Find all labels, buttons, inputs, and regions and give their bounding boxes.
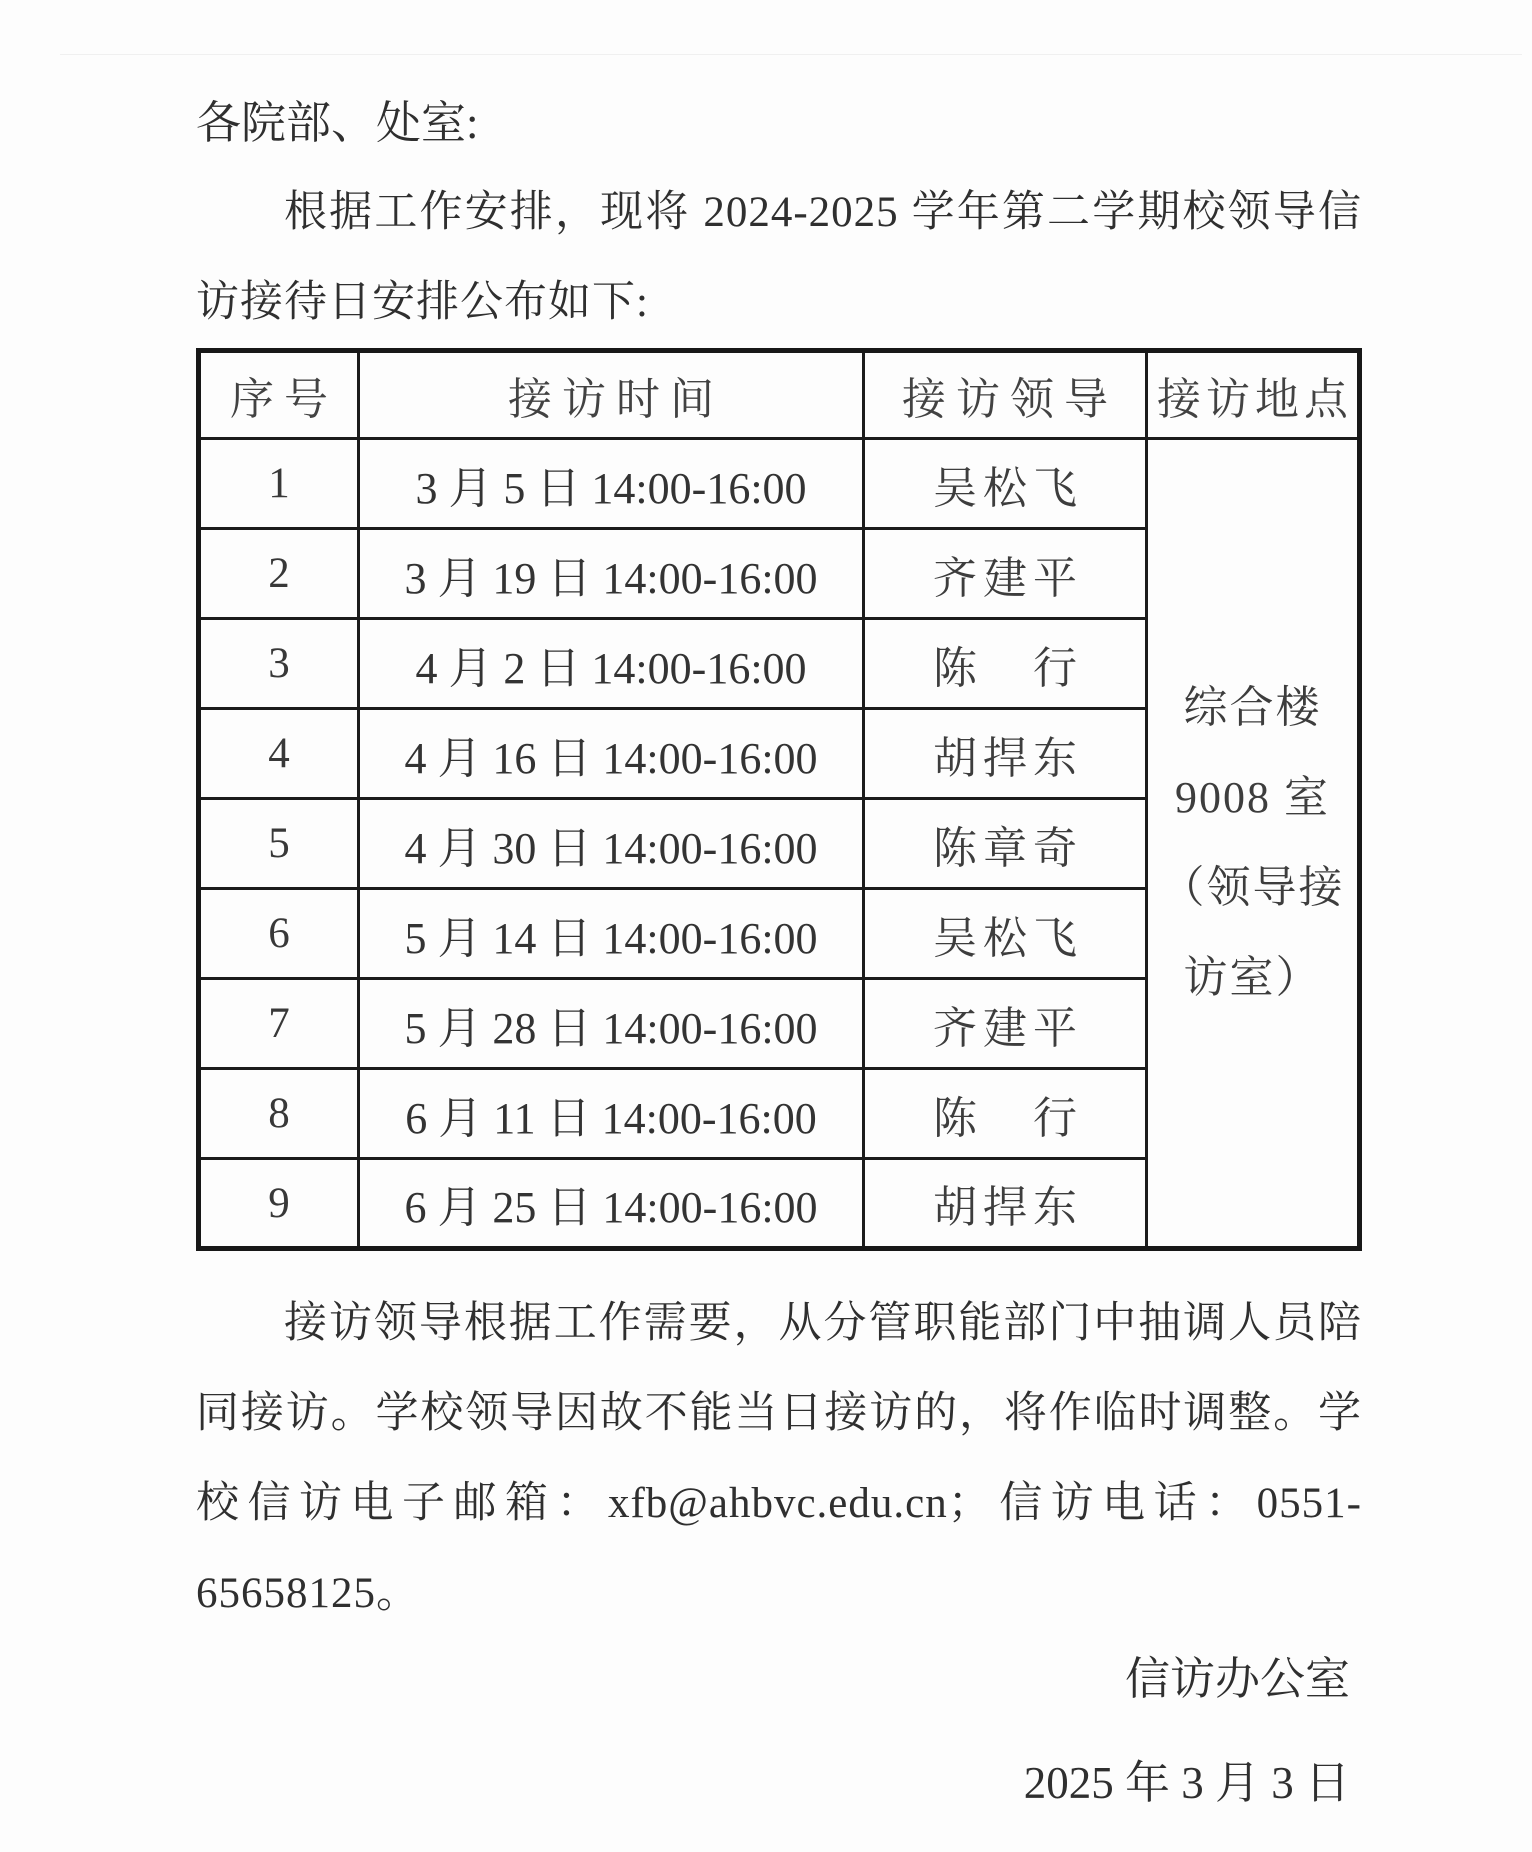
cell-no: 5: [199, 799, 359, 889]
cell-leader: 胡捍东: [864, 1159, 1147, 1249]
col-header-leader: 接访领导: [864, 351, 1147, 439]
cell-no: 1: [199, 439, 359, 529]
location-line: 综合楼: [1148, 663, 1357, 753]
cell-no: 8: [199, 1069, 359, 1159]
intro-line-1: 根据工作安排，现将 2024-2025 学年第二学期校领导信: [196, 168, 1362, 258]
cell-leader: 胡捍东: [864, 709, 1147, 799]
cell-leader: 陈 行: [864, 1069, 1147, 1159]
signature: 信访办公室: [196, 1639, 1362, 1719]
cell-leader: 吴松飞: [864, 889, 1147, 979]
cell-no: 2: [199, 529, 359, 619]
cell-leader: 陈 行: [864, 619, 1147, 709]
cell-no: 3: [199, 619, 359, 709]
intro-line-2: 访接待日安排公布如下:: [196, 258, 1362, 348]
cell-time: 4 月 30 日 14:00-16:00: [359, 799, 864, 889]
cell-time: 6 月 25 日 14:00-16:00: [359, 1159, 864, 1249]
closing-line-3: 校信访电子邮箱：xfb@ahbvc.edu.cn；信访电话：0551-: [196, 1459, 1362, 1549]
closing-line-4: 65658125。: [196, 1549, 1362, 1639]
salutation: 各院部、处室:: [196, 78, 1362, 168]
scan-page-edge: [60, 54, 1522, 55]
table-row: 1 3 月 5 日 14:00-16:00 吴松飞 综合楼 9008 室 （领导…: [199, 439, 1360, 529]
closing-line-1: 接访领导根据工作需要，从分管职能部门中抽调人员陪: [196, 1279, 1362, 1369]
cell-no: 7: [199, 979, 359, 1069]
cell-no: 6: [199, 889, 359, 979]
col-header-time: 接访时间: [359, 351, 864, 439]
cell-location: 综合楼 9008 室 （领导接 访室）: [1147, 439, 1360, 1249]
cell-time: 5 月 28 日 14:00-16:00: [359, 979, 864, 1069]
cell-no: 9: [199, 1159, 359, 1249]
issue-date: 2025 年 3 月 3 日: [196, 1743, 1362, 1823]
cell-time: 6 月 11 日 14:00-16:00: [359, 1069, 864, 1159]
location-line: 9008 室: [1148, 753, 1357, 843]
cell-time: 4 月 16 日 14:00-16:00: [359, 709, 864, 799]
closing-line-2: 同接访。学校领导因故不能当日接访的，将作临时调整。学: [196, 1369, 1362, 1459]
cell-leader: 齐建平: [864, 979, 1147, 1069]
cell-leader: 吴松飞: [864, 439, 1147, 529]
table-header-row: 序号 接访时间 接访领导 接访地点: [199, 351, 1360, 439]
cell-leader: 齐建平: [864, 529, 1147, 619]
col-header-location: 接访地点: [1147, 351, 1360, 439]
document-page: 各院部、处室: 根据工作安排，现将 2024-2025 学年第二学期校领导信 访…: [0, 0, 1532, 1852]
col-header-no: 序号: [199, 351, 359, 439]
cell-time: 3 月 5 日 14:00-16:00: [359, 439, 864, 529]
location-line: （领导接: [1148, 843, 1357, 933]
cell-no: 4: [199, 709, 359, 799]
cell-time: 5 月 14 日 14:00-16:00: [359, 889, 864, 979]
reception-schedule-table: 序号 接访时间 接访领导 接访地点 1 3 月 5 日 14:00-16:00 …: [196, 348, 1362, 1251]
cell-time: 3 月 19 日 14:00-16:00: [359, 529, 864, 619]
cell-leader: 陈章奇: [864, 799, 1147, 889]
cell-time: 4 月 2 日 14:00-16:00: [359, 619, 864, 709]
location-line: 访室）: [1148, 933, 1357, 1023]
